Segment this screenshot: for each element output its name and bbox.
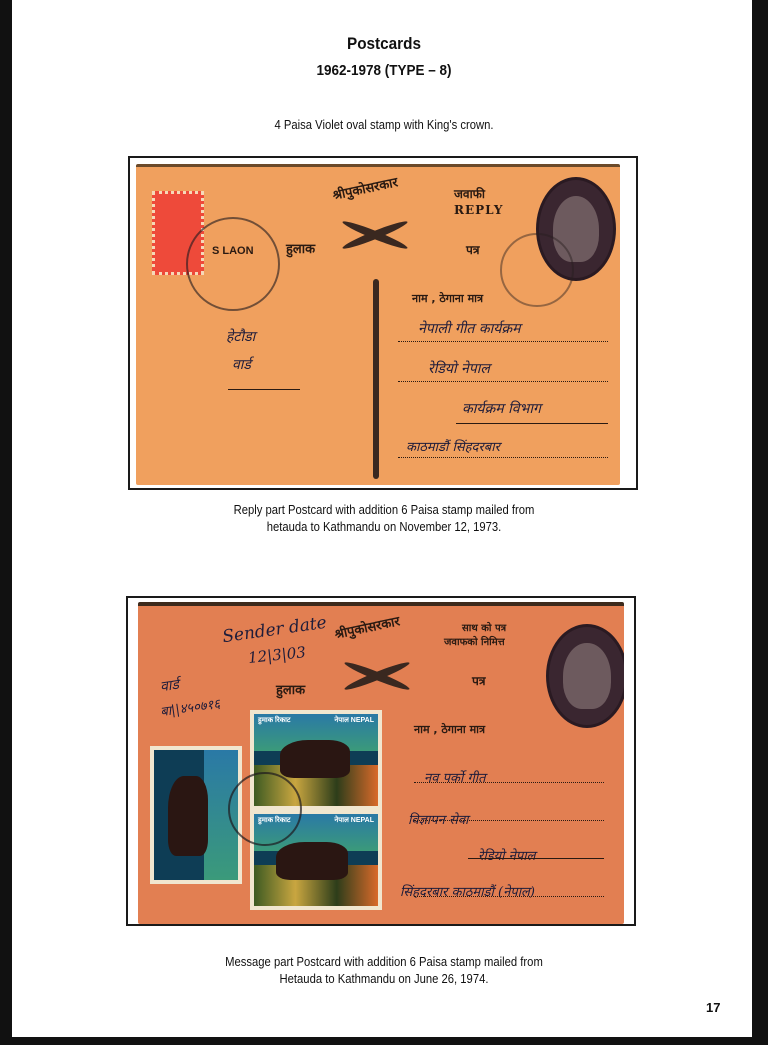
- caption-message-line-2: Hetauda to Kathmandu on June 26, 1974.: [38, 971, 729, 988]
- letter-label: पत्र: [472, 672, 485, 689]
- address-underline-3: [456, 423, 608, 424]
- name-address-label: नाम , ठेगाना मात्र: [414, 722, 485, 737]
- caption-message-line-1: Message part Postcard with addition 6 Pa…: [38, 954, 729, 971]
- caption-reply-line-1: Reply part Postcard with addition 6 Pais…: [38, 502, 729, 519]
- address-line-4: काठमाडौं सिंहदरबार: [406, 437, 500, 455]
- page-title: Postcards: [38, 34, 729, 54]
- handwritten-note: Sender date: [221, 613, 328, 647]
- postmark-text: S LAON: [212, 245, 254, 257]
- khukuri-emblem: [342, 660, 412, 700]
- postmark-circle: [228, 772, 302, 846]
- address-underline-3: [468, 858, 604, 859]
- sender-underline: [228, 389, 300, 390]
- address-dotline-1: [414, 782, 604, 783]
- address-line-1: नेपाली गीत कार्यक्रम: [418, 319, 520, 338]
- address-dotline-4: [398, 457, 608, 458]
- name-address-label: नाम , ठेगाना मात्र: [412, 291, 483, 306]
- letter-label: पत्र: [466, 241, 479, 258]
- postcard-frame-message: Sender date 12|3|03 श्रीपुकोसरकार हुलाक …: [126, 596, 636, 926]
- postcard-frame-reply: S LAON श्रीपुकोसरकार हुलाक जवाफी REPLY प…: [128, 156, 638, 490]
- reply-label-english: REPLY: [454, 203, 503, 217]
- page-number: 17: [706, 1000, 720, 1015]
- header-right-line-2: जवाफको निमित्त: [444, 634, 505, 648]
- address-line-2: रेडियो नेपाल: [428, 359, 490, 378]
- address-dotline-1: [398, 341, 608, 342]
- address-line-2: विज्ञापन सेवा: [408, 810, 468, 828]
- postmark-circle-right: [500, 233, 574, 307]
- sword-staff: [373, 279, 379, 479]
- postcard-reply: S LAON श्रीपुकोसरकार हुलाक जवाफी REPLY प…: [136, 164, 620, 485]
- page-description: 4 Paisa Violet oval stamp with King's cr…: [38, 118, 729, 132]
- stamp-label-left: हुमाक रिकाट: [258, 716, 290, 725]
- address-line-3: कार्यक्रम विभाग: [462, 399, 541, 418]
- post-office-label: हुलाक: [276, 680, 305, 698]
- address-line-3: रेडियो नेपाल: [478, 846, 535, 864]
- stamp-label-right: नेपाल NEPAL: [334, 716, 374, 725]
- sender-line-1: हेटौडा: [226, 327, 255, 346]
- reply-label-devanagari: जवाफी: [454, 185, 485, 202]
- nepal-postage-indicia: [546, 624, 624, 728]
- address-dotline-2: [398, 381, 608, 382]
- address-line-4: सिंहदरबार काठमाडौं (नेपाल): [400, 882, 535, 900]
- postcard-message: Sender date 12|3|03 श्रीपुकोसरकार हुलाक …: [138, 602, 624, 924]
- postmark-circle: [186, 217, 280, 311]
- address-line-1: नव पर्को गीत: [424, 768, 486, 786]
- address-dotline-4: [414, 896, 604, 897]
- handwritten-date: 12|3|03: [247, 643, 306, 667]
- header-left: श्रीपुकोसरकार: [331, 172, 399, 203]
- caption-reply-line-2: hetauda to Kathmandu on November 12, 197…: [38, 519, 729, 536]
- sender-line-1: वार्ड: [159, 675, 180, 696]
- khukuri-emblem: [340, 219, 410, 259]
- sender-line-2: वार्ड: [232, 355, 251, 374]
- page-subtitle: 1962-1978 (TYPE – 8): [38, 62, 729, 79]
- header-left: श्रीपुकोसरकार: [333, 611, 401, 642]
- address-dotline-2: [414, 820, 604, 821]
- header-right-line-1: साथ को पत्र: [462, 620, 506, 634]
- sender-line-2: बा||४५०७१६: [159, 694, 221, 720]
- stamp-label-right: नेपाल NEPAL: [334, 816, 374, 825]
- post-office-label: हुलाक: [286, 239, 315, 257]
